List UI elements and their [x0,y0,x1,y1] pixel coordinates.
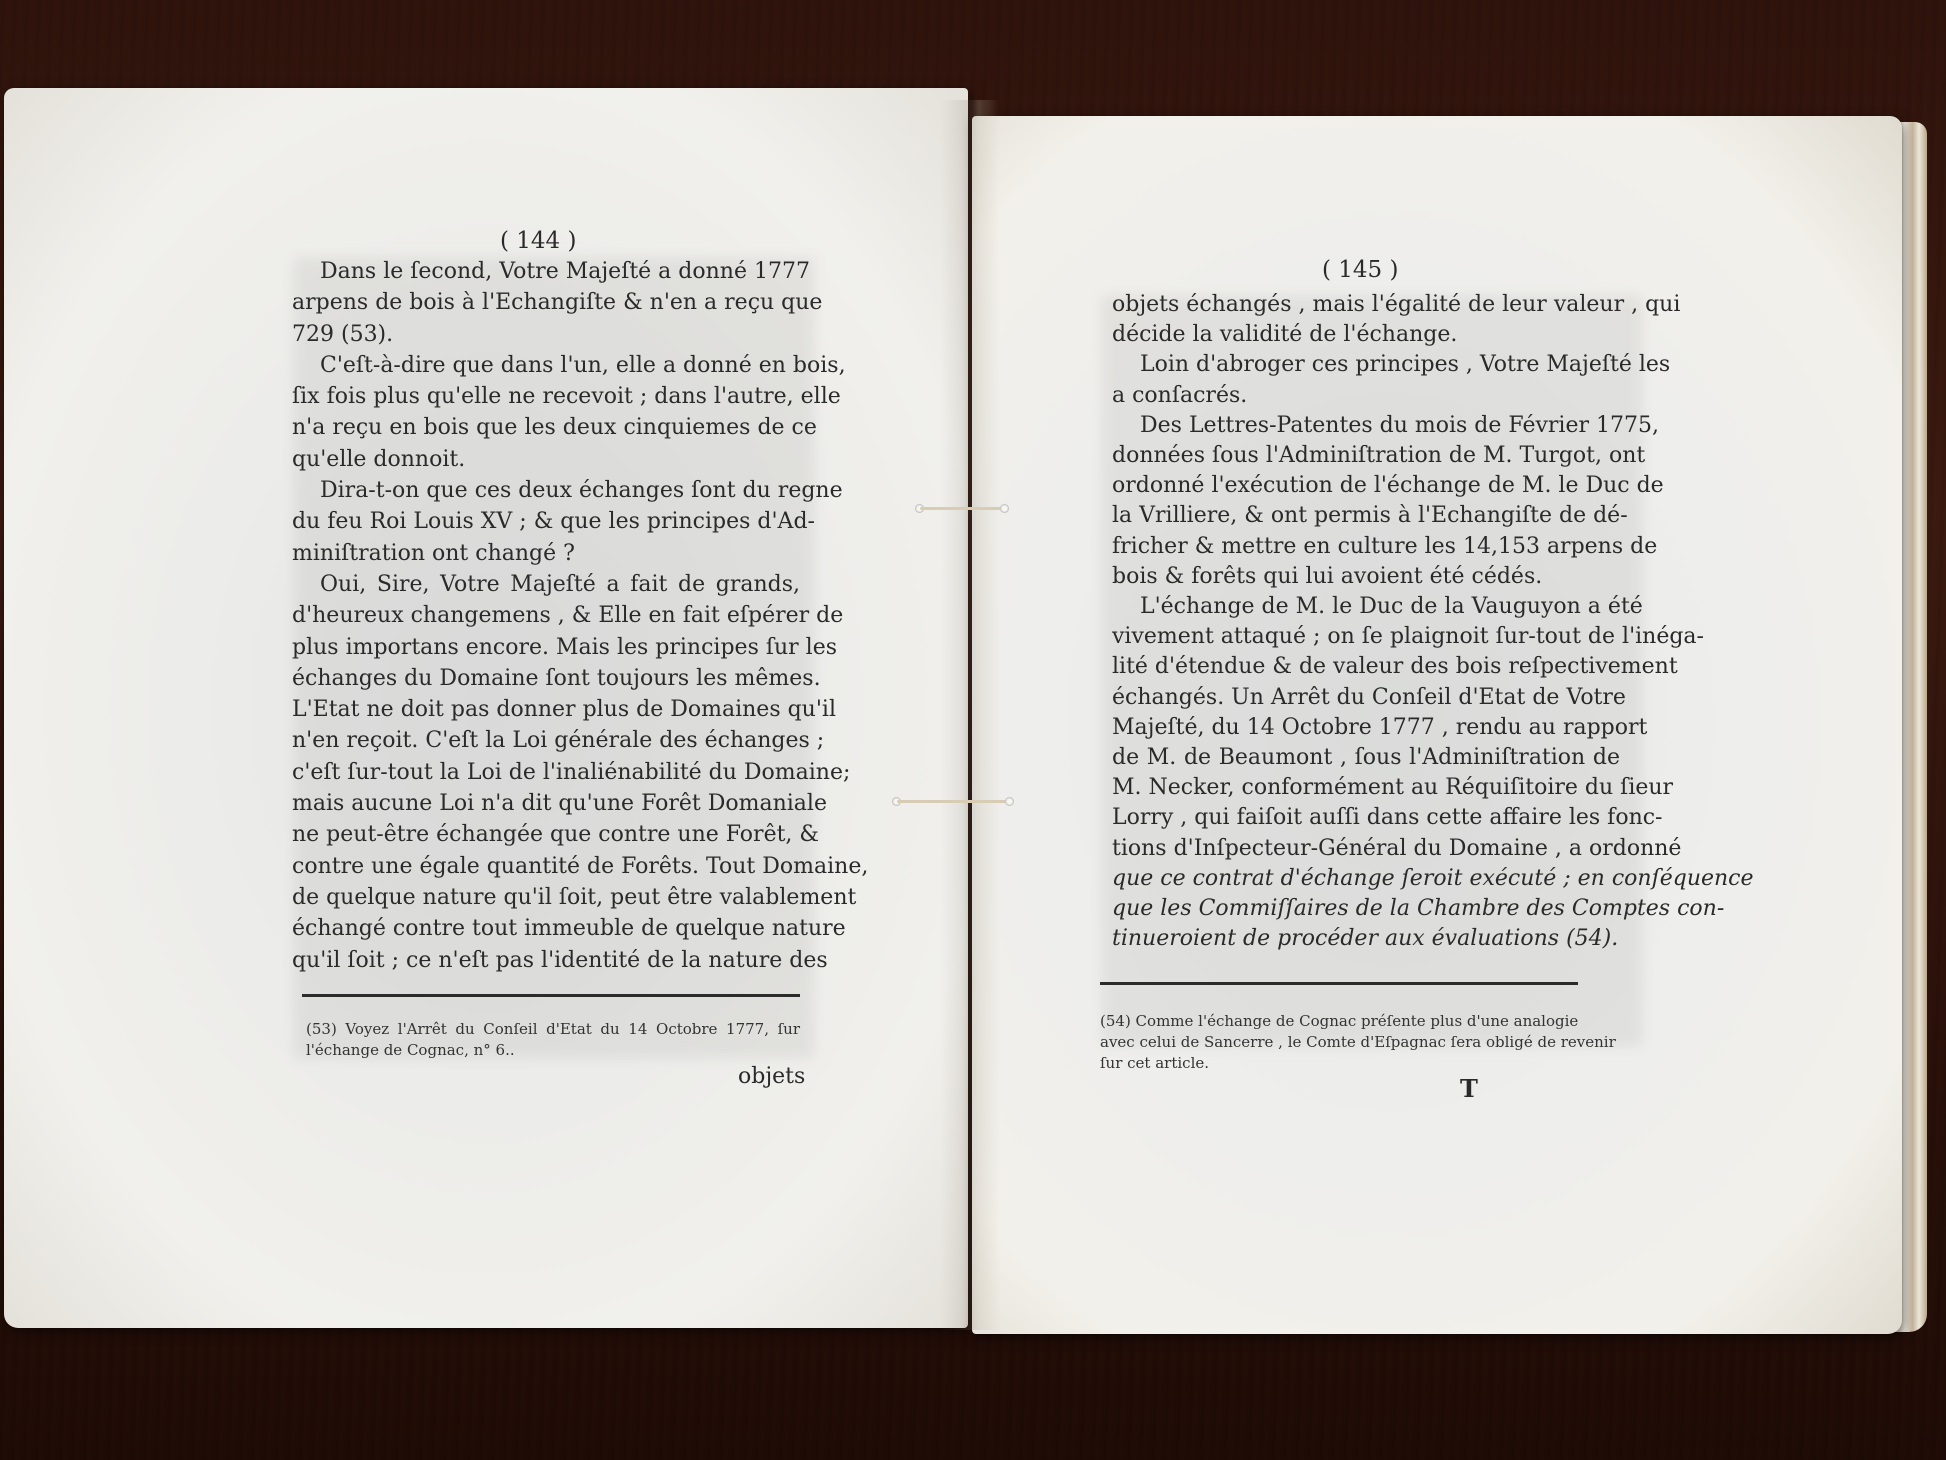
signature-mark: T [1460,1074,1478,1103]
text-line: que ce contrat d'échange ſeroit exécuté … [1112,864,1620,894]
text-line: de quelque nature qu'il ſoit, peut être … [292,882,800,913]
text-line: tinueroient de procéder aux évaluations … [1112,924,1620,954]
text-line: du feu Roi Louis XV ; & que les principe… [292,506,800,537]
catchword: objets [738,1064,805,1089]
text-line: L'échange de M. le Duc de la Vauguyon a … [1112,592,1620,622]
footnote-line: l'échange de Cognac, n° 6.. [306,1040,800,1061]
text-line: c'eſt ſur-tout la Loi de l'inaliénabilit… [292,757,800,788]
right-body-text: objets échangés , mais l'égalité de leur… [1112,290,1620,954]
text-line: L'Etat ne doit pas donner plus de Domain… [292,694,800,725]
binding-thread [897,800,1009,803]
book-gutter [940,100,1000,1330]
text-line: Dans le ſecond, Votre Majeſté a donné 17… [292,256,800,287]
text-line: vivement attaqué ; on ſe plaignoit ſur-t… [1112,622,1620,652]
text-line: Loin d'abroger ces principes , Votre Maj… [1112,350,1620,380]
text-line: Dira-t-on que ces deux échanges ſont du … [292,475,800,506]
footnote-line: (53) Voyez l'Arrêt du Conſeil d'Etat du … [306,1019,800,1040]
text-line: lité d'étendue & de valeur des bois reſp… [1112,652,1620,682]
stitch-hole [1000,504,1009,513]
page-number-145: ( 145 ) [1322,257,1398,283]
text-line: Majeſté, du 14 Octobre 1777 , rendu au r… [1112,713,1620,743]
text-line: d'heureux changemens , & Elle en fait eſ… [292,600,800,631]
text-line: ne peut-être échangée que contre une For… [292,819,800,850]
text-line: décide la validité de l'échange. [1112,320,1620,350]
text-line: tions d'Inſpecteur-Général du Domaine , … [1112,834,1620,864]
text-line: a conſacrés. [1112,381,1620,411]
footnote-rule [302,994,800,997]
footnote-line: (54) Comme l'échange de Cognac préſente … [1100,1011,1578,1032]
text-line: Oui, Sire, Votre Majeſté a fait de grand… [292,569,800,600]
footnote-rule [1100,982,1578,985]
text-line: qu'elle donnoit. [292,444,800,475]
footnote-line: avec celui de Sancerre , le Comte d'Eſpa… [1100,1032,1578,1053]
text-line: échangés. Un Arrêt du Conſeil d'Etat de … [1112,683,1620,713]
binding-thread [920,507,1005,510]
footnote-line: ſur cet article. [1100,1053,1578,1074]
text-line: contre une égale quantité de Forêts. Tou… [292,851,800,882]
text-line: arpens de bois à l'Echangiſte & n'en a r… [292,287,800,318]
text-line: plus importans encore. Mais les principe… [292,632,800,663]
text-line: n'en reçoit. C'eſt la Loi générale des é… [292,725,800,756]
text-line: Lorry , qui faiſoit auſſi dans cette aff… [1112,803,1620,833]
text-line: M. Necker, conformément au Réquiſitoire … [1112,773,1620,803]
text-line: que les Commiſſaires de la Chambre des C… [1112,894,1620,924]
stitch-hole [1005,797,1014,806]
text-line: de M. de Beaumont , ſous l'Adminiſtratio… [1112,743,1620,773]
text-line: échangé contre tout immeuble de quelque … [292,913,800,944]
text-line: ſix fois plus qu'elle ne recevoit ; dans… [292,381,800,412]
text-line: la Vrilliere, & ont permis à l'Echangiſt… [1112,501,1620,531]
page-number-144: ( 144 ) [500,228,576,254]
text-line: échanges du Domaine ſont toujours les mê… [292,663,800,694]
text-line: fricher & mettre en culture les 14,153 a… [1112,532,1620,562]
footnote-54: (54) Comme l'échange de Cognac préſente … [1100,1011,1578,1074]
text-line: objets échangés , mais l'égalité de leur… [1112,290,1620,320]
text-line: n'a reçu en bois que les deux cinquiemes… [292,412,800,443]
text-line: bois & forêts qui lui avoient été cédés. [1112,562,1620,592]
text-line: données ſous l'Adminiſtration de M. Turg… [1112,441,1620,471]
text-line: ordonné l'exécution de l'échange de M. l… [1112,471,1620,501]
text-line: 729 (53). [292,319,800,350]
text-line: miniſtration ont changé ? [292,538,800,569]
text-line: qu'il ſoit ; ce n'eſt pas l'identité de … [292,945,800,976]
footnote-53: (53) Voyez l'Arrêt du Conſeil d'Etat du … [306,1019,800,1061]
left-body-text: Dans le ſecond, Votre Majeſté a donné 17… [292,256,800,976]
text-line: Des Lettres-Patentes du mois de Février … [1112,411,1620,441]
text-line: C'eſt-à-dire que dans l'un, elle a donné… [292,350,800,381]
text-line: mais aucune Loi n'a dit qu'une Forêt Dom… [292,788,800,819]
